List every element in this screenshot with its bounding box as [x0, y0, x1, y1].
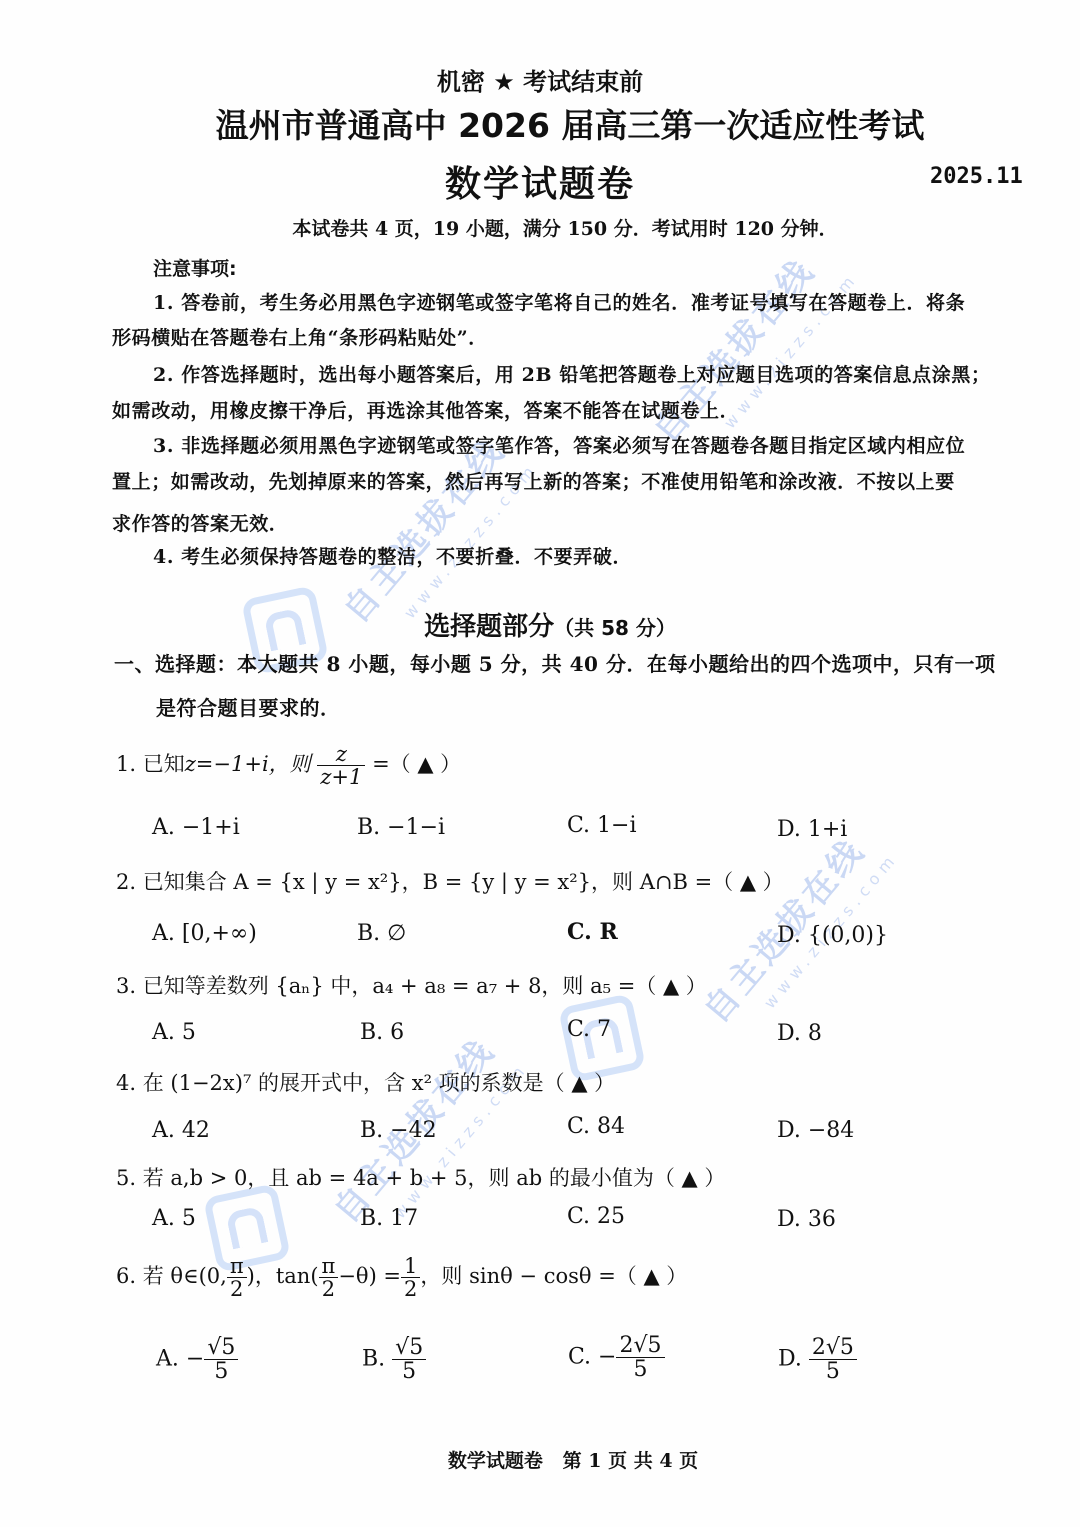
option-d: D. 36 [777, 1207, 836, 1232]
fraction: √55 [392, 1336, 426, 1383]
option-b: B. 17 [360, 1206, 418, 1231]
option-d: D. {(0,0)} [777, 923, 888, 948]
exam-subtitle: 数学试题卷 [0, 156, 1080, 207]
fraction-pi-over-2: π2 [319, 1255, 339, 1300]
option-a: A. 5 [152, 1020, 196, 1045]
option-c: C. −2√55 [568, 1334, 665, 1381]
fraction: z z+1 [317, 743, 365, 788]
option-a: A. 5 [152, 1206, 196, 1231]
option-a: A. [0,+∞) [152, 921, 257, 946]
note-2-line-1: 2. 作答选择题时，选出每小题答案后，用 2B 铅笔把答题卷上对应题目选项的答案… [153, 360, 991, 387]
option-d: D. 2√55 [778, 1336, 857, 1383]
section-intro-line-1: 一、选择题：本大题共 8 小题，每小题 5 分，共 40 分．在每小题给出的四个… [114, 648, 995, 677]
note-4-line-1: 4. 考生必须保持答题卷的整洁，不要折叠．不要弄破． [153, 542, 632, 569]
option-c: C. 84 [567, 1114, 625, 1139]
fraction: √55 [204, 1336, 238, 1383]
option-d: D. 8 [777, 1021, 822, 1046]
question-2: 2. 已知集合 A = {x | y = x²}，B = {y | y = x²… [116, 866, 784, 896]
exam-page: 自主选拔在线 www.zizzs.com 自主选拔在线 www.zizzs.co… [0, 0, 1080, 1527]
question-stem: 已知等差数列 {aₙ} 中，a₄ + a₈ = a₇ + 8，则 a₅ =（ ▲… [143, 974, 707, 998]
section-title: 选择题部分（共 58 分） [0, 606, 1080, 643]
notes-title: 注意事项: [153, 254, 237, 281]
question-stem-d: ，则 sinθ − cosθ =（ ▲ ） [420, 1264, 687, 1288]
question-1: 1. 已知z=−1+i，则 z z+1 =（ ▲ ） [116, 743, 461, 788]
fraction-denominator: z+1 [317, 766, 365, 788]
question-4: 4. 在 (1−2x)⁷ 的展开式中，含 x² 项的系数是（ ▲ ） [116, 1067, 615, 1097]
option-c: C. 7 [567, 1017, 611, 1042]
note-3-line-1: 3. 非选择题必须用黑色字迹钢笔或签字笔作答，答案必须写在答题卷各题目指定区域内… [153, 431, 965, 458]
option-a: A. −1+i [152, 815, 240, 840]
section-title-text: 选择题部分 [424, 612, 554, 642]
question-stem-b: )，tan( [247, 1264, 319, 1288]
note-3-line-2: 置上；如需改动，先划掉原来的答案，然后再写上新的答案；不准使用铅笔和涂改液．不按… [112, 467, 955, 494]
question-stem-post: =（ ▲ ） [372, 752, 461, 776]
option-b: B. ∅ [357, 921, 406, 946]
question-number: 3. [116, 974, 136, 998]
fraction: 2√55 [616, 1334, 664, 1381]
exam-info: 本试卷共 4 页，19 小题，满分 150 分．考试用时 120 分钟． [0, 214, 1080, 241]
note-2-line-2: 如需改动，用橡皮擦干净后，再选涂其他答案，答案不能答在试题卷上． [112, 396, 739, 423]
page-footer: 数学试题卷 第 1 页 共 4 页 [0, 1446, 1080, 1473]
fraction: 2√55 [809, 1336, 857, 1383]
question-number: 2. [116, 870, 136, 894]
option-d: D. −84 [777, 1118, 854, 1143]
question-6: 6. 若 θ∈(0,π2)，tan(π2−θ) =12，则 sinθ − cos… [116, 1255, 687, 1300]
question-5: 5. 若 a,b > 0，且 ab = 4a + b + 5，则 ab 的最小值… [116, 1162, 725, 1192]
option-b: B. 6 [360, 1020, 404, 1045]
note-1-line-2: 形码横贴在答题卷右上角“条形码粘贴处”． [112, 323, 488, 350]
option-a: A. −√55 [156, 1336, 238, 1383]
option-b: B. −42 [360, 1118, 437, 1143]
question-number: 4. [116, 1071, 136, 1095]
option-a: A. 42 [152, 1118, 210, 1143]
option-b: B. −1−i [357, 815, 445, 840]
fraction-one-half: 12 [401, 1255, 420, 1300]
question-stem: 已知集合 A = {x | y = x²}，B = {y | y = x²}，则… [143, 870, 784, 894]
question-stem-pre: 已知 [143, 752, 185, 776]
question-stem: 若 a,b > 0，且 ab = 4a + b + 5，则 ab 的最小值为（ … [143, 1166, 726, 1190]
option-b: B. √55 [362, 1336, 426, 1383]
question-number: 6. [116, 1264, 136, 1288]
question-3: 3. 已知等差数列 {aₙ} 中，a₄ + a₈ = a₇ + 8，则 a₅ =… [116, 970, 707, 1000]
confidentiality-label: 机密 ★ 考试结束前 [0, 62, 1080, 97]
note-3-line-3: 求作答的答案无效． [112, 509, 288, 536]
fraction-numerator: z [317, 743, 365, 766]
option-c: C. 1−i [567, 813, 637, 838]
exam-date: 2025.11 [930, 164, 1023, 189]
note-1-line-1: 1. 答卷前，考生务必用黑色字迹钢笔或签字笔将自己的姓名．准考证号填写在答题卷上… [153, 288, 965, 315]
question-stem: 在 (1−2x)⁷ 的展开式中，含 x² 项的系数是（ ▲ ） [143, 1071, 615, 1095]
option-c: C. R [567, 919, 618, 945]
option-c: C. 25 [567, 1204, 625, 1229]
fraction-pi-over-2: π2 [227, 1255, 247, 1300]
section-intro-line-2: 是符合题目要求的． [156, 692, 341, 721]
question-number: 5. [116, 1166, 136, 1190]
question-condition: z=−1+i，则 [185, 752, 311, 776]
question-stem-a: 若 θ∈(0, [143, 1264, 227, 1288]
question-number: 1. [116, 752, 136, 776]
exam-title: 温州市普通高中 2026 届高三第一次适应性考试 [0, 100, 1080, 147]
option-d: D. 1+i [777, 817, 847, 842]
section-points: （共 58 分） [554, 616, 676, 640]
question-stem-c: −θ) = [338, 1264, 401, 1288]
